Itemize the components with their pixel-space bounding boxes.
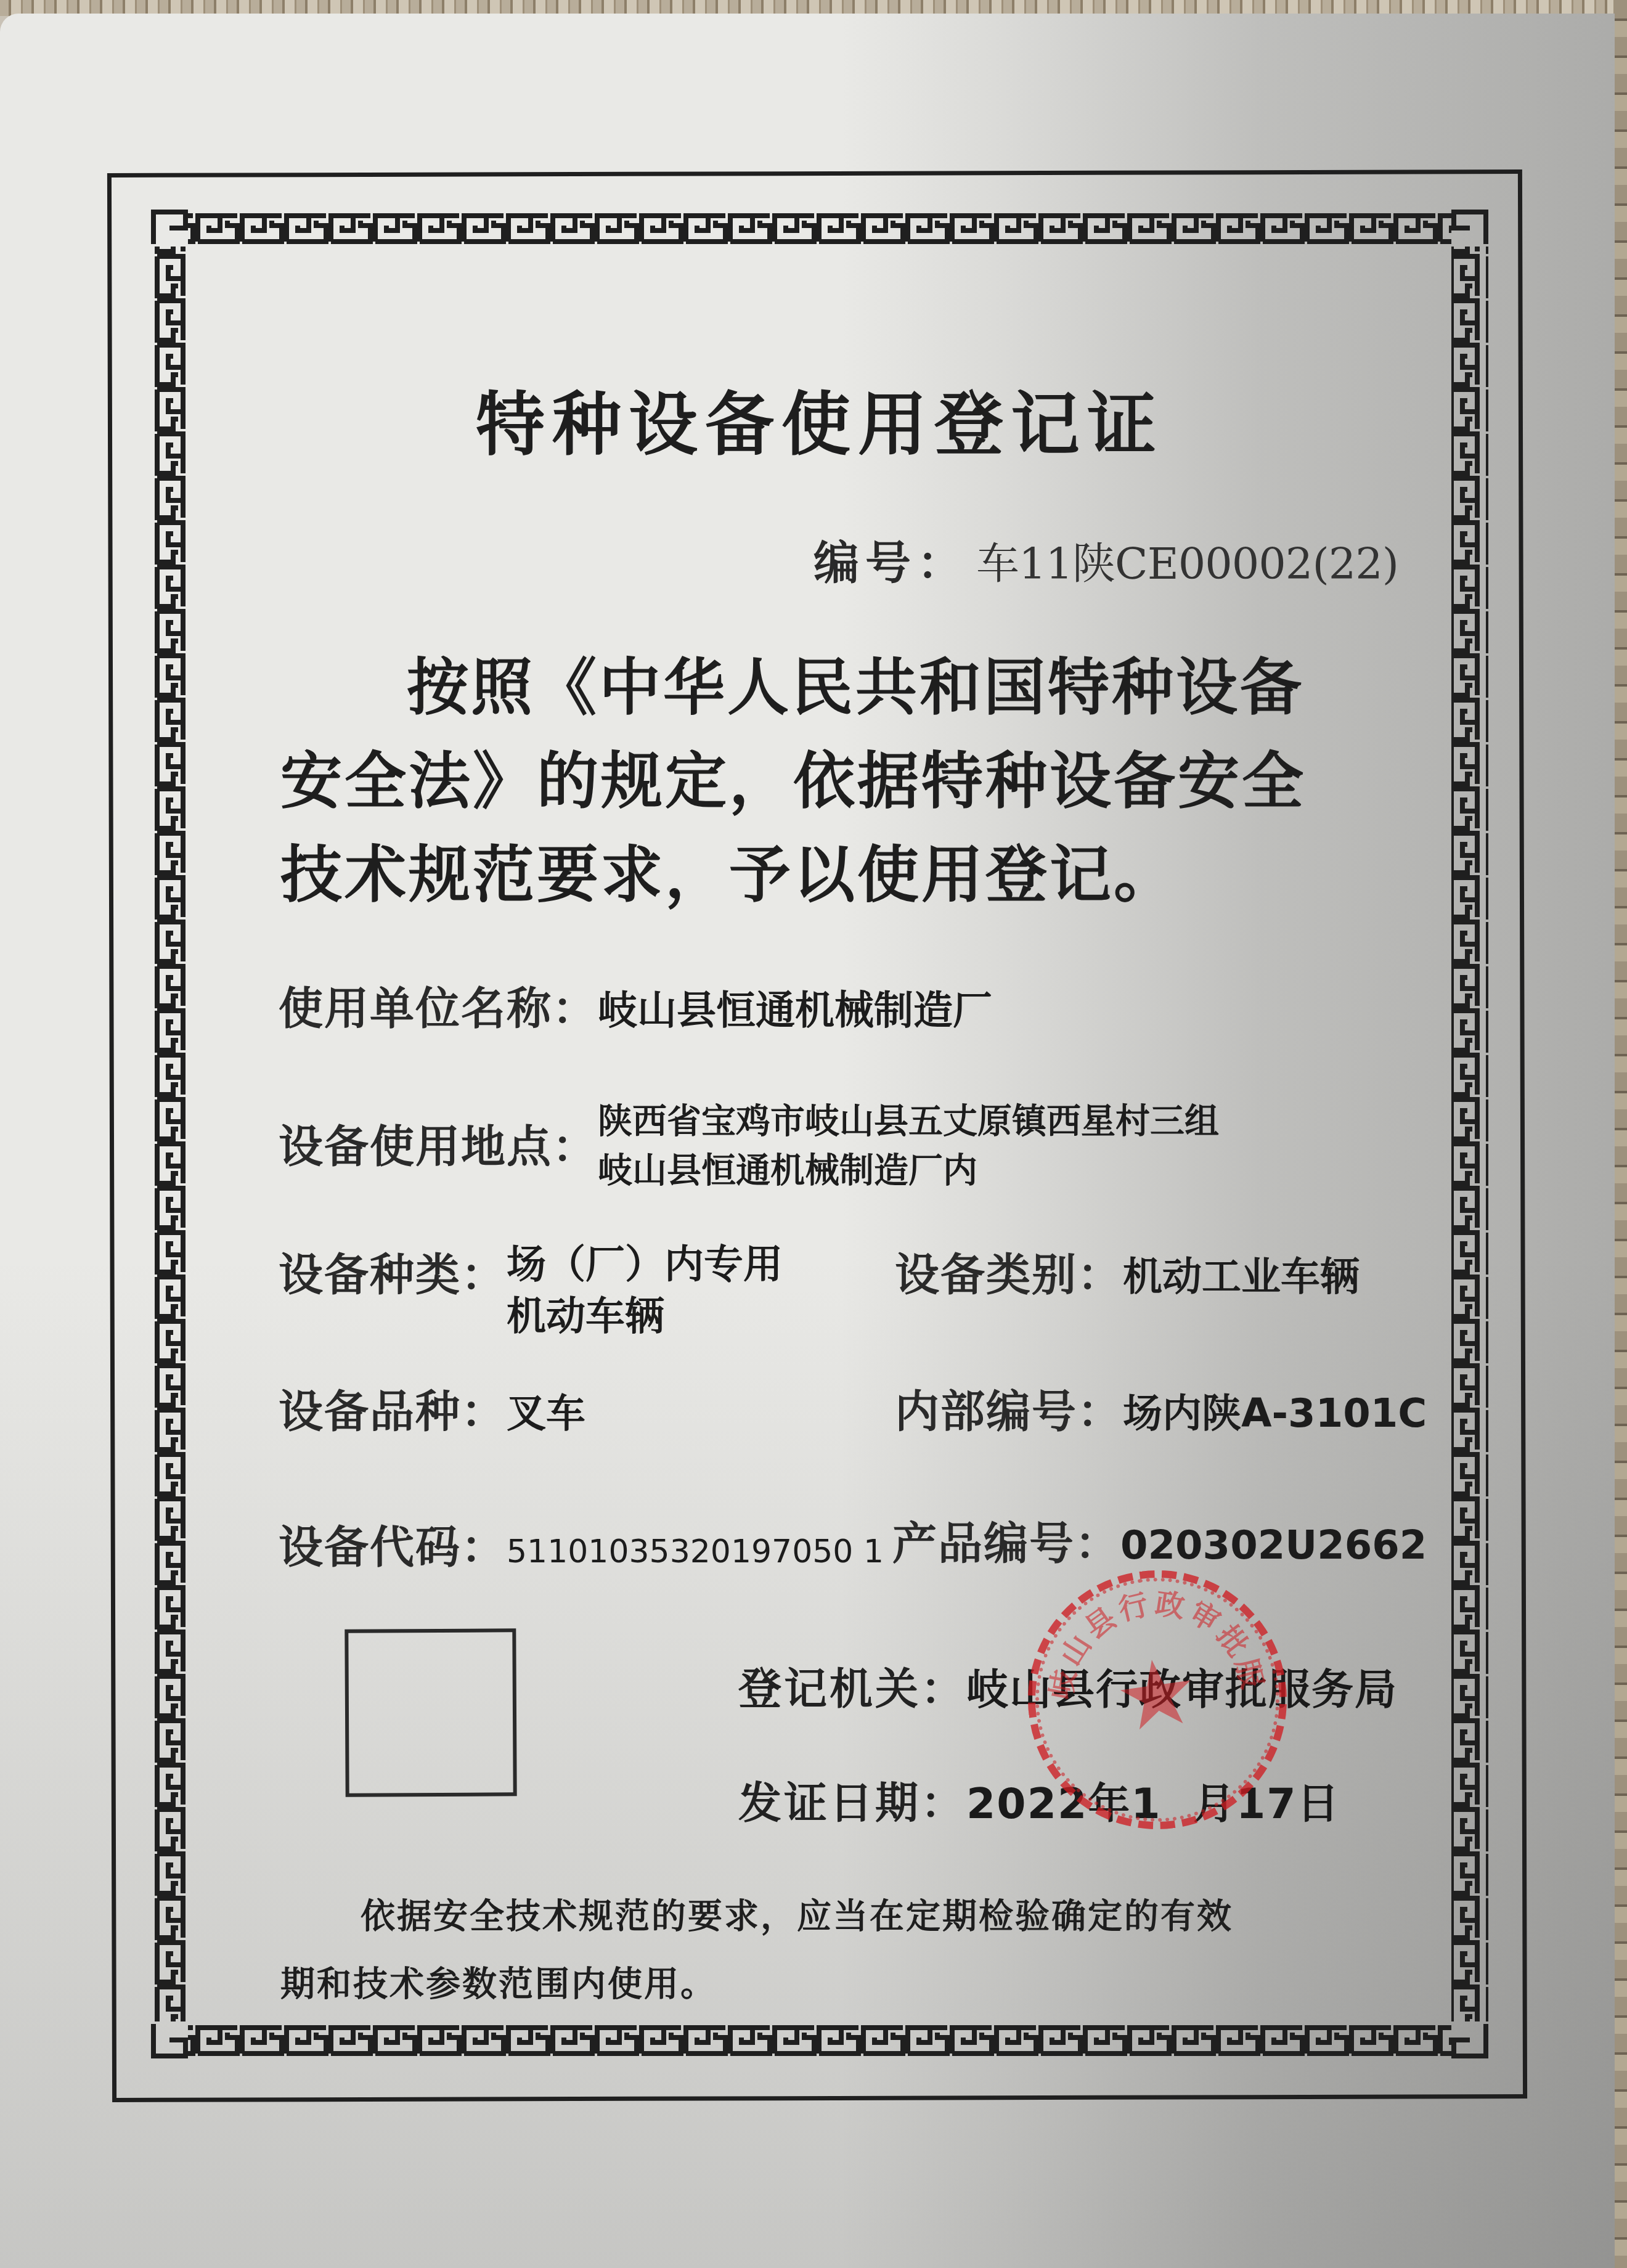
seal-arc-text: 岐山县行政审批服务局 bbox=[1019, 1562, 1295, 1837]
preamble-line: 按照《中华人民共和国特种设备 bbox=[280, 641, 1365, 735]
notice-line: 依据安全技术规范的要求，应当在定期检验确定的有效 bbox=[280, 1883, 1365, 1951]
serial-number: 编号：车11陕CE00002(22) bbox=[813, 527, 1398, 592]
preamble-text: 按照《中华人民共和国特种设备 安全法》的规定，依据特种设备安全 技术规范要求，予… bbox=[280, 641, 1365, 922]
notice-line: 期和技术参数范围内使用。 bbox=[280, 1951, 1365, 2018]
field-label: 设备品种： bbox=[279, 1385, 507, 1437]
preamble-line: 技术规范要求，予以使用登记。 bbox=[280, 828, 1365, 922]
field-value: 机动工业车辆 bbox=[1123, 1254, 1360, 1300]
field-label: 登记机关： bbox=[738, 1663, 966, 1715]
field-value: 陕西省宝鸡市岐山县五丈原镇西星村三组岐山县恒通机械制造厂内 bbox=[598, 1097, 1219, 1196]
field-equipment-type: 设备种类：场（厂）内专用机动车辆 bbox=[279, 1239, 783, 1342]
field-equipment-code: 设备代码：51101035320197050 1 bbox=[279, 1511, 884, 1575]
preamble-line: 安全法》的规定，依据特种设备安全 bbox=[280, 735, 1365, 828]
field-value: 岐山县恒通机械制造厂 bbox=[598, 988, 992, 1034]
field-label: 设备使用地点： bbox=[279, 1120, 598, 1172]
field-value: 场内陕A-3101C bbox=[1123, 1391, 1427, 1437]
official-seal: ★ 岐山县行政审批服务局 bbox=[1011, 1554, 1303, 1846]
field-value: 场（厂）内专用机动车辆 bbox=[507, 1239, 783, 1342]
field-product-number: 产品编号：020302U2662 bbox=[892, 1507, 1427, 1572]
field-label: 使用单位名称： bbox=[279, 982, 598, 1034]
serial-value: 车11陕CE00002(22) bbox=[976, 539, 1398, 589]
field-equipment-category: 设备类别：机动工业车辆 bbox=[895, 1239, 1360, 1303]
field-label: 产品编号： bbox=[892, 1517, 1120, 1569]
serial-label: 编号： bbox=[813, 537, 969, 590]
field-location: 设备使用地点：陕西省宝鸡市岐山县五丈原镇西星村三组岐山县恒通机械制造厂内 bbox=[279, 1097, 1219, 1196]
photo-placeholder bbox=[345, 1628, 516, 1797]
certificate-title: 特种设备使用登记证 bbox=[0, 370, 1627, 469]
wood-surface-right bbox=[1613, 0, 1627, 2268]
field-label: 内部编号： bbox=[895, 1385, 1123, 1437]
field-user-unit: 使用单位名称：岐山县恒通机械制造厂 bbox=[279, 973, 992, 1037]
field-internal-number: 内部编号：场内陕A-3101C bbox=[895, 1376, 1427, 1440]
field-value: 020302U2662 bbox=[1120, 1523, 1427, 1568]
field-value: 51101035320197050 1 bbox=[507, 1533, 884, 1570]
field-label: 发证日期： bbox=[738, 1777, 966, 1829]
field-label: 设备类别： bbox=[895, 1249, 1123, 1300]
field-value: 叉车 bbox=[507, 1391, 585, 1437]
field-equipment-variety: 设备品种：叉车 bbox=[279, 1376, 585, 1440]
field-label: 设备种类： bbox=[279, 1249, 507, 1300]
usage-notice: 依据安全技术规范的要求，应当在定期检验确定的有效 期和技术参数范围内使用。 bbox=[280, 1883, 1365, 2018]
field-label: 设备代码： bbox=[279, 1521, 507, 1573]
